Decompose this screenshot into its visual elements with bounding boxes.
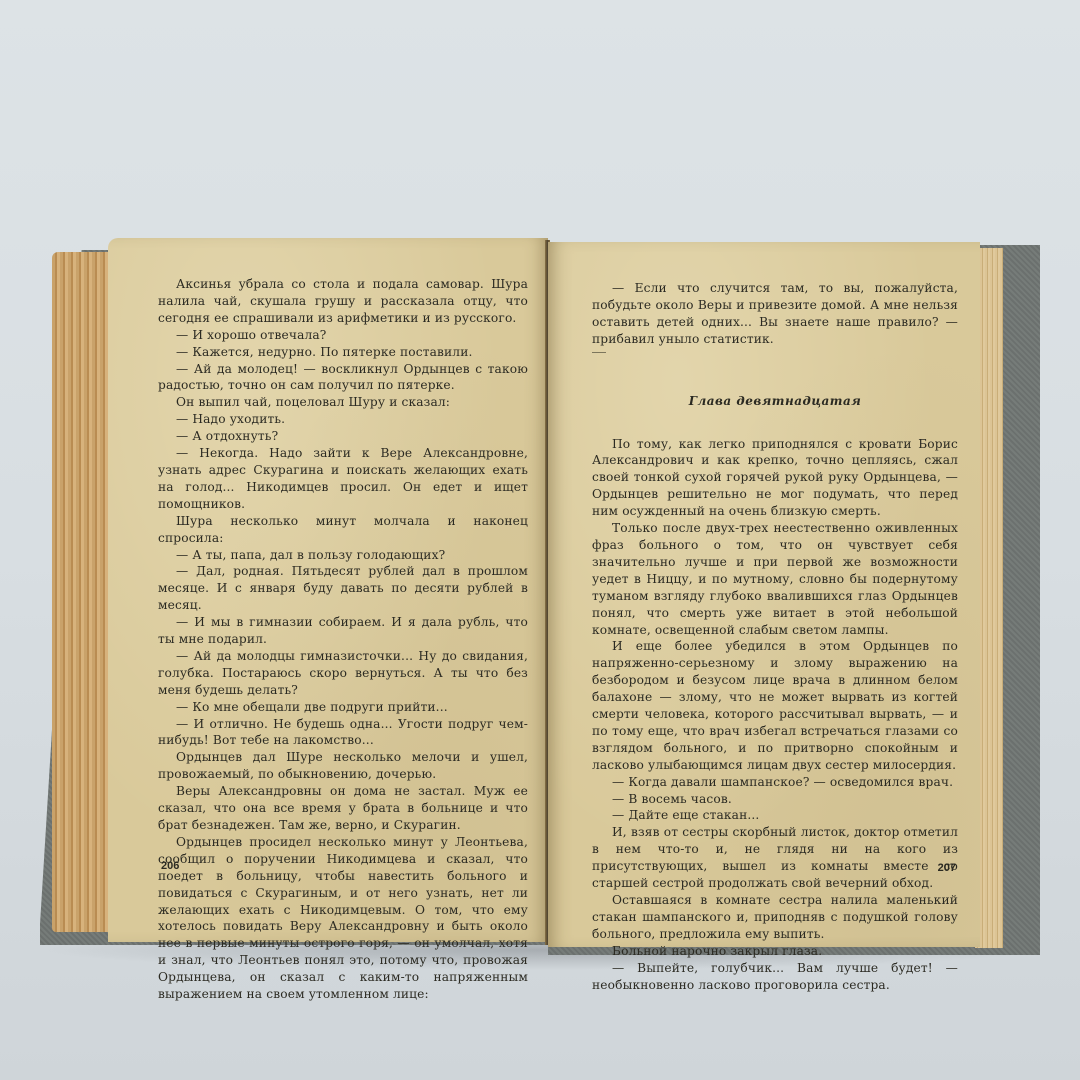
chapter-title: Глава девятнадцатая	[592, 393, 958, 410]
paragraph: — Дайте еще стакан...	[592, 807, 958, 824]
paragraph: — Ай да молодцы гимназисточки... Ну до с…	[158, 648, 528, 699]
paragraph: Он выпил чай, поцеловал Шуру и сказал:	[158, 394, 528, 411]
right-page-text: — Если что случится там, то вы, пожалуйс…	[592, 280, 958, 993]
paragraph: Оставшаяся в комнате сестра налила мален…	[592, 892, 958, 943]
paragraph: Аксинья убрала со стола и подала самовар…	[158, 276, 528, 327]
paragraph: — А ты, папа, дал в пользу голодающих?	[158, 547, 528, 564]
paragraph: — Ко мне обещали две подруги прийти...	[158, 699, 528, 716]
paragraph: — Когда давали шампанское? — осведомился…	[592, 774, 958, 791]
paragraph: — Кажется, недурно. По пятерке поставили…	[158, 344, 528, 361]
page-number-left: 206	[161, 860, 179, 872]
paragraph: И еще более убедился в этом Ордынцев по …	[592, 638, 958, 773]
right-page: — Если что случится там, то вы, пожалуйс…	[548, 242, 980, 947]
paragraph: И, взяв от сестры скорбный листок, докто…	[592, 824, 958, 892]
section-divider	[592, 352, 606, 353]
page-number-right: 207	[938, 862, 956, 874]
left-page-text: Аксинья убрала со стола и подала самовар…	[158, 276, 528, 1003]
intro-paragraph: — Если что случится там, то вы, пожалуйс…	[592, 280, 958, 348]
paragraph: — Дал, родная. Пятьдесят рублей дал в пр…	[158, 563, 528, 614]
paragraph: Ордынцев дал Шуре несколько мелочи и уше…	[158, 749, 528, 783]
paragraph: — А отдохнуть?	[158, 428, 528, 445]
paragraph: Больной нарочно закрыл глаза.	[592, 943, 958, 960]
paragraph: Только после двух-трех неестественно ожи…	[592, 520, 958, 638]
paragraph: — И хорошо отвечала?	[158, 327, 528, 344]
paragraph: — Выпейте, голубчик... Вам лучше будет! …	[592, 960, 958, 994]
paragraph: — В восемь часов.	[592, 791, 958, 808]
paragraph: Шура несколько минут молчала и наконец с…	[158, 513, 528, 547]
left-page: Аксинья убрала со стола и подала самовар…	[108, 238, 548, 942]
paragraph: — И мы в гимназии собираем. И я дала руб…	[158, 614, 528, 648]
paragraph: — Некогда. Надо зайти к Вере Александров…	[158, 445, 528, 513]
paragraph: — Надо уходить.	[158, 411, 528, 428]
paragraph: Ордынцев просидел несколько минут у Леон…	[158, 834, 528, 1003]
paragraph: — И отлично. Не будешь одна... Угости по…	[158, 716, 528, 750]
paragraph: Веры Александровны он дома не застал. Му…	[158, 783, 528, 834]
paragraph: — Ай да молодец! — воскликнул Ордынцев с…	[158, 361, 528, 395]
paragraph: По тому, как легко приподнялся с кровати…	[592, 436, 958, 521]
